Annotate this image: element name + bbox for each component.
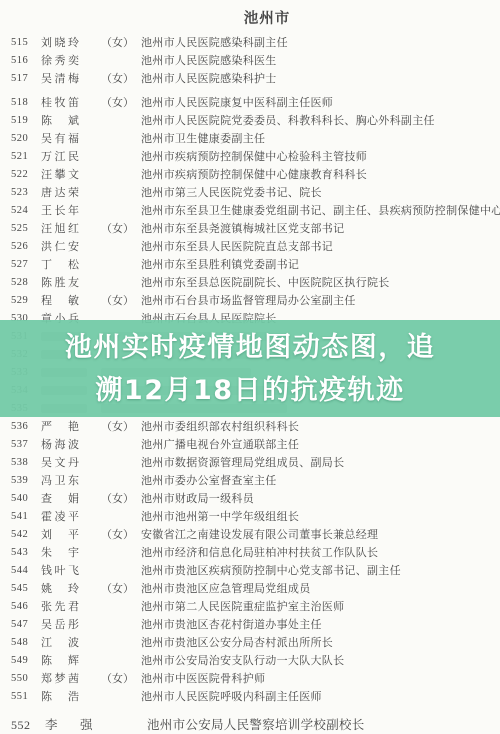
row-name: 吴有福 (41, 130, 101, 148)
table-row: 521万江民池州市疾病预防控制保健中心检验科主管技师 (0, 148, 500, 166)
row-title: 池州市人民医院呼吸内科副主任医师 (141, 688, 500, 706)
row-name: 陈 斌 (41, 112, 101, 130)
row-gender: （女） (101, 292, 141, 310)
row-number: 518 (0, 94, 41, 112)
row-number: 538 (0, 454, 41, 472)
row-title: 池州市贵池区疾病预防控制中心党支部书记、副主任 (141, 562, 500, 580)
row-title: 池州市卫生健康委副主任 (141, 130, 500, 148)
row-number: 552 (0, 715, 45, 734)
row-number: 522 (0, 166, 41, 184)
row-title: 池州市贵池区杏花村街道办事处主任 (141, 616, 500, 634)
row-title: 池州市人民医院院党委委员、科教科科长、胸心外科副主任 (141, 112, 500, 130)
row-name: 郑梦茜 (41, 670, 101, 688)
row-gender (101, 256, 141, 274)
row-name: 陈胜友 (41, 274, 101, 292)
row-name: 唐达荣 (41, 184, 101, 202)
row-gender (113, 715, 147, 734)
row-gender (101, 544, 141, 562)
row-gender: （女） (101, 526, 141, 544)
row-name: 张先君 (41, 598, 101, 616)
row-name: 桂牧笛 (41, 94, 101, 112)
row-title: 池州市贵池区公安分局杏村派出所所长 (141, 634, 500, 652)
row-gender (101, 238, 141, 256)
row-number: 516 (0, 52, 41, 70)
row-name: 霍凌平 (41, 508, 101, 526)
row-gender (101, 634, 141, 652)
row-gender (101, 274, 141, 292)
row-name: 徐秀奕 (41, 52, 101, 70)
row-gender (101, 148, 141, 166)
row-gender (101, 562, 141, 580)
row-title: 池州市财政局一级科员 (141, 490, 500, 508)
row-name: 汪旭红 (41, 220, 101, 238)
table-row: 546张先君池州市第二人民医院重症监护室主治医师 (0, 598, 500, 616)
row-number: 543 (0, 544, 41, 562)
row-title: 池州市中医医院骨科护师 (141, 670, 500, 688)
table-row: 544钱叶飞池州市贵池区疾病预防控制中心党支部书记、副主任 (0, 562, 500, 580)
row-name: 姚 玲 (41, 580, 101, 598)
row-gender (101, 598, 141, 616)
table-row: 522汪攀文池州市疾病预防控制保健中心健康教育科科长 (0, 166, 500, 184)
row-title: 池州市委组织部农村组织科科长 (141, 418, 500, 436)
row-title: 池州市贵池区应急管理局党组成员 (141, 580, 500, 598)
row-name: 吴清梅 (41, 70, 101, 88)
row-gender: （女） (101, 580, 141, 598)
row-number: 545 (0, 580, 41, 598)
table-row: 519陈 斌池州市人民医院院党委委员、科教科科长、胸心外科副主任 (0, 112, 500, 130)
table-row: 517吴清梅（女）池州市人民医院感染科护士 (0, 70, 500, 88)
row-gender: （女） (101, 670, 141, 688)
table-row: 528陈胜友池州市东至县总医院副院长、中医院院区执行院长 (0, 274, 500, 292)
table-row-footer: 552 李 强 池州市公安局人民警察培训学校副校长 (0, 715, 500, 734)
table-row: 516徐秀奕池州市人民医院感染科医生 (0, 52, 500, 70)
row-gender (101, 472, 141, 490)
table-row: 547吴岳彤池州市贵池区杏花村街道办事处主任 (0, 616, 500, 634)
table-row: 545姚 玲（女）池州市贵池区应急管理局党组成员 (0, 580, 500, 598)
row-number: 546 (0, 598, 41, 616)
row-number: 524 (0, 202, 41, 220)
row-name: 刘 平 (41, 526, 101, 544)
row-gender: （女） (101, 220, 141, 238)
row-number: 547 (0, 616, 41, 634)
table-row: 518桂牧笛（女）池州市人民医院康复中医科副主任医师 (0, 94, 500, 112)
row-title: 池州市第三人民医院党委书记、院长 (141, 184, 500, 202)
row-title: 池州市经济和信息化局驻柏冲村扶贫工作队队长 (141, 544, 500, 562)
table-row: 526洪仁安池州市东至县人民医院院直总支部书记 (0, 238, 500, 256)
row-number: 525 (0, 220, 41, 238)
table-row: 549陈 辉池州市公安局治安支队行动一大队大队长 (0, 652, 500, 670)
table-row: 524王长年池州市东至县卫生健康委党组副书记、副主任、县疾病预防控制保健中心主任 (0, 202, 500, 220)
row-name: 李 强 (45, 715, 113, 734)
row-name: 吴岳彤 (41, 616, 101, 634)
table-row: 540查 娟（女）池州市财政局一级科员 (0, 490, 500, 508)
row-gender (101, 454, 141, 472)
row-title: 池州市池州第一中学年级组组长 (141, 508, 500, 526)
row-title: 池州市疾病预防控制保健中心检验科主管技师 (141, 148, 500, 166)
row-title: 池州市东至县卫生健康委党组副书记、副主任、县疾病预防控制保健中心主任 (141, 202, 500, 220)
row-name: 江 波 (41, 634, 101, 652)
row-name: 汪攀文 (41, 166, 101, 184)
row-gender (101, 436, 141, 454)
row-number: 528 (0, 274, 41, 292)
roster-rows-bottom: 536严 艳（女）池州市委组织部农村组织科科长537杨海波池州广播电视台外宣通联… (0, 418, 500, 706)
row-gender: （女） (101, 418, 141, 436)
row-name: 朱 宇 (41, 544, 101, 562)
row-title: 池州市公安局人民警察培训学校副校长 (147, 715, 500, 734)
row-number: 517 (0, 70, 41, 88)
row-title: 池州市委办公室督查室主任 (141, 472, 500, 490)
document-page: 池州市 515刘晓玲（女）池州市人民医院感染科副主任516徐秀奕池州市人民医院感… (0, 0, 500, 734)
table-row: 551陈 浩池州市人民医院呼吸内科副主任医师 (0, 688, 500, 706)
table-row: 520吴有福池州市卫生健康委副主任 (0, 130, 500, 148)
row-number: 550 (0, 670, 41, 688)
row-gender (101, 184, 141, 202)
row-title: 池州市公安局治安支队行动一大队大队长 (141, 652, 500, 670)
row-name: 查 娟 (41, 490, 101, 508)
row-gender (101, 616, 141, 634)
row-title: 池州市石台县市场监督管理局办公室副主任 (141, 292, 500, 310)
row-name: 陈 浩 (41, 688, 101, 706)
row-number: 540 (0, 490, 41, 508)
row-title: 池州市疾病预防控制保健中心健康教育科科长 (141, 166, 500, 184)
row-gender (101, 130, 141, 148)
row-title: 池州广播电视台外宣通联部主任 (141, 436, 500, 454)
table-row: 525汪旭红（女）池州市东至县尧渡镇梅城社区党支部书记 (0, 220, 500, 238)
table-row: 527丁 松池州市东至县胜利镇党委副书记 (0, 256, 500, 274)
row-title: 池州市人民医院康复中医科副主任医师 (141, 94, 500, 112)
table-row: 538吴文丹池州市数据资源管理局党组成员、副局长 (0, 454, 500, 472)
row-number: 551 (0, 688, 41, 706)
row-name: 钱叶飞 (41, 562, 101, 580)
row-name: 程 敏 (41, 292, 101, 310)
row-name: 刘晓玲 (41, 34, 101, 52)
row-name: 万江民 (41, 148, 101, 166)
row-name: 吴文丹 (41, 454, 101, 472)
row-gender (101, 112, 141, 130)
row-title: 安徽省江之南建设发展有限公司董事长兼总经理 (141, 526, 500, 544)
row-title: 池州市东至县人民医院院直总支部书记 (141, 238, 500, 256)
row-title: 池州市东至县总医院副院长、中医院院区执行院长 (141, 274, 500, 292)
row-number: 537 (0, 436, 41, 454)
row-title: 池州市数据资源管理局党组成员、副局长 (141, 454, 500, 472)
table-row: 542刘 平（女）安徽省江之南建设发展有限公司董事长兼总经理 (0, 526, 500, 544)
row-number: 548 (0, 634, 41, 652)
row-title: 池州市人民医院感染科副主任 (141, 34, 500, 52)
row-name: 严 艳 (41, 418, 101, 436)
row-name: 王长年 (41, 202, 101, 220)
row-title: 池州市人民医院感染科医生 (141, 52, 500, 70)
row-name: 洪仁安 (41, 238, 101, 256)
roster-rows-middle: 518桂牧笛（女）池州市人民医院康复中医科副主任医师519陈 斌池州市人民医院院… (0, 94, 500, 328)
row-gender (101, 688, 141, 706)
table-row: 523唐达荣池州市第三人民医院党委书记、院长 (0, 184, 500, 202)
row-name: 丁 松 (41, 256, 101, 274)
row-gender: （女） (101, 34, 141, 52)
row-title: 池州市第二人民医院重症监护室主治医师 (141, 598, 500, 616)
table-row: 539冯卫东池州市委办公室督查室主任 (0, 472, 500, 490)
row-gender: （女） (101, 70, 141, 88)
table-row: 515刘晓玲（女）池州市人民医院感染科副主任 (0, 34, 500, 52)
table-row: 529程 敏（女）池州市石台县市场监督管理局办公室副主任 (0, 292, 500, 310)
row-name: 冯卫东 (41, 472, 101, 490)
row-number: 520 (0, 130, 41, 148)
table-row: 548江 波池州市贵池区公安分局杏村派出所所长 (0, 634, 500, 652)
row-gender: （女） (101, 490, 141, 508)
roster-rows-top: 515刘晓玲（女）池州市人民医院感染科副主任516徐秀奕池州市人民医院感染科医生… (0, 34, 500, 88)
row-gender (101, 52, 141, 70)
table-row: 536严 艳（女）池州市委组织部农村组织科科长 (0, 418, 500, 436)
table-row: 543朱 宇池州市经济和信息化局驻柏冲村扶贫工作队队长 (0, 544, 500, 562)
row-number: 526 (0, 238, 41, 256)
table-row: 537杨海波池州广播电视台外宣通联部主任 (0, 436, 500, 454)
row-gender (101, 652, 141, 670)
row-title: 池州市人民医院感染科护士 (141, 70, 500, 88)
row-number: 527 (0, 256, 41, 274)
overlay-caption-banner: 池州实时疫情地图动态图，追 溯12月18日的抗疫轨迹 (0, 320, 500, 417)
banner-text-line1: 池州实时疫情地图动态图，追 (65, 326, 436, 369)
row-name: 杨海波 (41, 436, 101, 454)
row-number: 521 (0, 148, 41, 166)
page-title: 池州市 (0, 0, 500, 34)
row-number: 542 (0, 526, 41, 544)
row-number: 549 (0, 652, 41, 670)
table-row: 550郑梦茜（女）池州市中医医院骨科护师 (0, 670, 500, 688)
table-row: 541霍凌平池州市池州第一中学年级组组长 (0, 508, 500, 526)
row-name: 陈 辉 (41, 652, 101, 670)
row-number: 519 (0, 112, 41, 130)
row-number: 541 (0, 508, 41, 526)
row-gender (101, 508, 141, 526)
row-gender: （女） (101, 94, 141, 112)
banner-text-line2: 溯12月18日的抗疫轨迹 (95, 369, 404, 412)
row-title: 池州市东至县胜利镇党委副书记 (141, 256, 500, 274)
row-number: 523 (0, 184, 41, 202)
row-number: 539 (0, 472, 41, 490)
row-number: 544 (0, 562, 41, 580)
row-number: 536 (0, 418, 41, 436)
row-number: 529 (0, 292, 41, 310)
row-gender (101, 166, 141, 184)
row-title: 池州市东至县尧渡镇梅城社区党支部书记 (141, 220, 500, 238)
row-gender (101, 202, 141, 220)
row-number: 515 (0, 34, 41, 52)
